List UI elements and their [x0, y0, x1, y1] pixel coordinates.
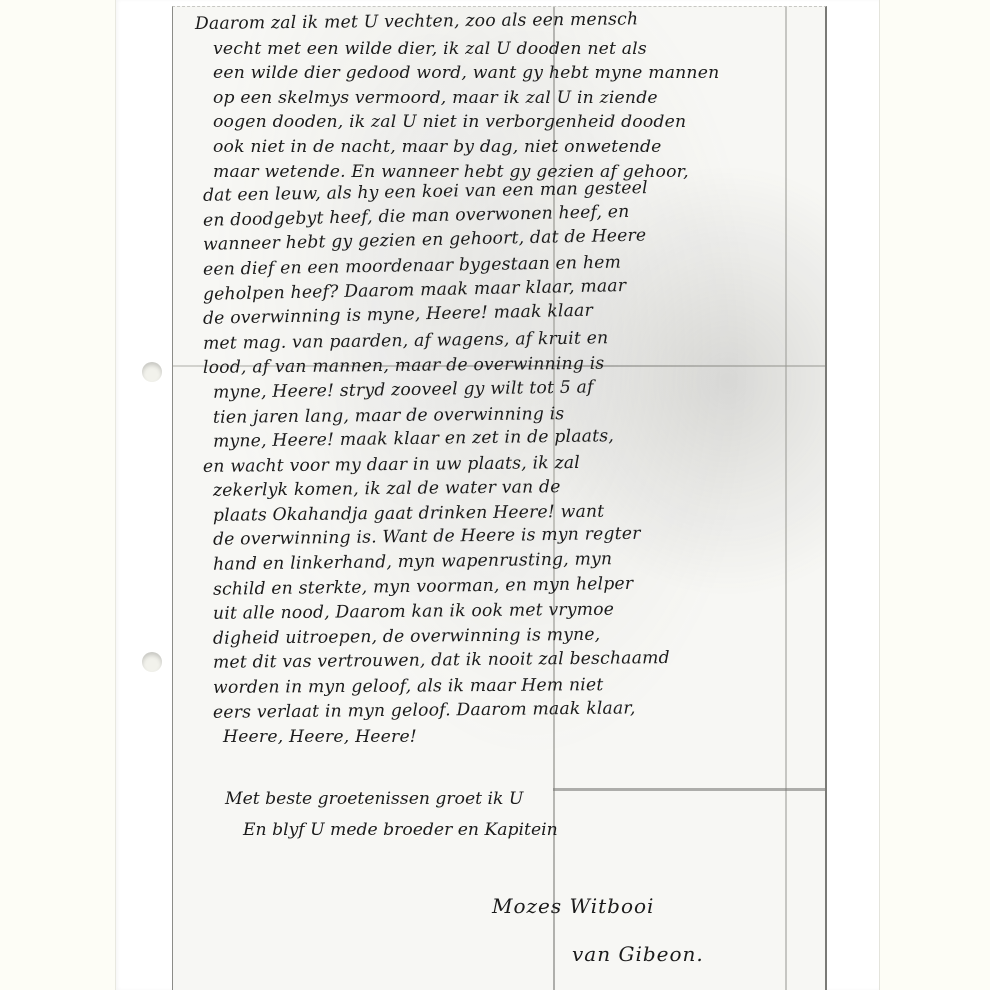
letter-line: Daarom zal ik met U vechten, zoo als een…	[195, 5, 830, 36]
closing-line: Met beste groetenissen groet ik U	[225, 784, 558, 815]
letter-line: op een skelmys vermoord, maar ik zal U i…	[195, 86, 830, 111]
letter-line: een wilde dier gedood word, want gy hebt…	[195, 61, 830, 86]
letter-line: ook niet in de nacht, maar by dag, niet …	[195, 135, 830, 160]
letter-line: oogen dooden, ik zal U niet in verborgen…	[195, 110, 830, 135]
binder-hole-bottom	[142, 652, 162, 672]
closing-line: En blyf U mede broeder en Kapitein	[225, 815, 558, 846]
fold-line-horizontal-lower	[553, 788, 825, 791]
signature-name: Mozes Witbooi	[492, 894, 654, 918]
letter-line: vecht met een wilde dier, ik zal U doode…	[195, 37, 830, 62]
letter-line: Heere, Heere, Heere!	[195, 725, 830, 750]
letter-body: Daarom zal ik met U vechten, zoo als een…	[195, 12, 830, 750]
binder-hole-top	[142, 362, 162, 382]
letter-closing: Met beste groetenissen groet ik U En bly…	[225, 784, 558, 846]
signature-place: van Gibeon.	[572, 942, 704, 966]
